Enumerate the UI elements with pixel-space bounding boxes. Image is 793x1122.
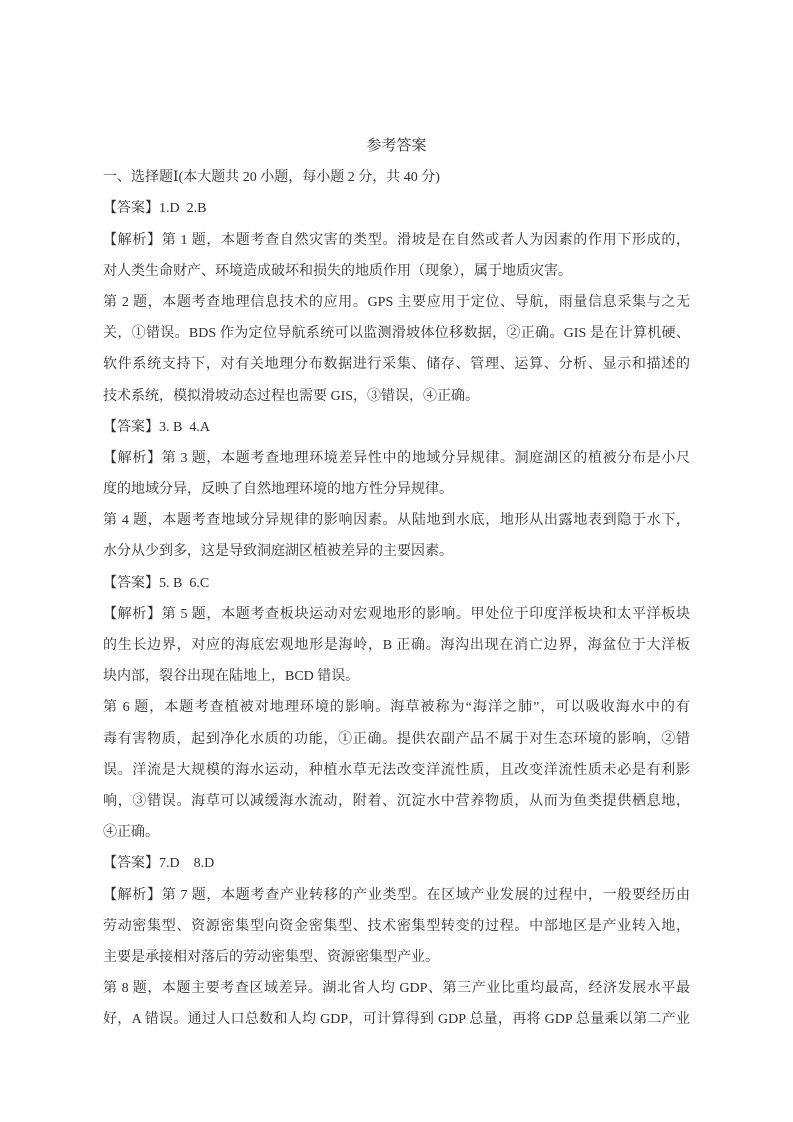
answer-line-q1-2: 【答案】1.D 2.B: [103, 193, 690, 224]
analysis-line: 水分从少到多，这是导致洞庭湖区植被差异的主要因素。: [103, 536, 690, 567]
analysis-line: 关，①错误。BDS 作为定位导航系统可以监测滑坡体位移数据，②正确。GIS 是在…: [103, 318, 690, 349]
document-title: 参考答案: [103, 131, 690, 162]
analysis-line: 的生长边界，对应的海底宏观地形是海岭，B 正确。海沟出现在消亡边界，海盆位于大洋…: [103, 630, 690, 661]
answer-line-q7-8: 【答案】7.D 8.D: [103, 848, 690, 879]
analysis-line: 第 4 题，本题考查地域分异规律的影响因素。从陆地到水底，地形从出露地表到隐于水…: [103, 505, 690, 536]
section-header: 一、选择题Ⅰ(本大题共 20 小题，每小题 2 分，共 40 分): [103, 162, 690, 193]
analysis-line: 响，③错误。海草可以减缓海水流动，附着、沉淀水中营养物质，从而为鱼类提供栖息地，: [103, 786, 690, 817]
analysis-line: 【解析】第 3 题，本题考查地理环境差异性中的地域分异规律。洞庭湖区的植被分布是…: [103, 443, 690, 474]
analysis-line: 【解析】第 7 题，本题考查产业转移的产业类型。在区域产业发展的过程中，一般要经…: [103, 880, 690, 911]
analysis-line: 技术系统，模拟滑坡动态过程也需要 GIS，③错误，④正确。: [103, 381, 690, 412]
analysis-line: 对人类生命财产、环境造成破坏和损失的地质作用（现象），属于地质灾害。: [103, 256, 690, 287]
answer-sheet-page: 参考答案 一、选择题Ⅰ(本大题共 20 小题，每小题 2 分，共 40 分) 【…: [103, 131, 690, 1035]
analysis-line: 软件系统支持下，对有关地理分布数据进行采集、储存、管理、运算、分析、显示和描述的: [103, 349, 690, 380]
analysis-line: 误。洋流是大规模的海水运动，种植水草无法改变洋流性质，且改变洋流性质未必是有利影: [103, 755, 690, 786]
analysis-line: ④正确。: [103, 817, 690, 848]
answer-line-q3-4: 【答案】3. B 4.A: [103, 412, 690, 443]
analysis-line: 主要是承接相对落后的劳动密集型、资源密集型产业。: [103, 942, 690, 973]
analysis-line: 第 8 题，本题主要考查区域差异。湖北省人均 GDP、第三产业比重均最高，经济发…: [103, 973, 690, 1004]
analysis-line: 第 2 题，本题考查地理信息技术的应用。GPS 主要应用于定位、导航，雨量信息采…: [103, 287, 690, 318]
analysis-line: 好，A 错误。通过人口总数和人均 GDP，可计算得到 GDP 总量，再将 GDP…: [103, 1004, 690, 1035]
analysis-line: 第 6 题，本题考查植被对地理环境的影响。海草被称为“海洋之肺”，可以吸收海水中…: [103, 692, 690, 723]
analysis-line: 度的地域分异，反映了自然地理环境的地方性分异规律。: [103, 474, 690, 505]
analysis-line: 块内部，裂谷出现在陆地上，BCD 错误。: [103, 661, 690, 692]
analysis-line: 【解析】第 5 题，本题考查板块运动对宏观地形的影响。甲处位于印度洋板块和太平洋…: [103, 599, 690, 630]
analysis-line: 毒有害物质，起到净化水质的功能，①正确。提供农副产品不属于对生态环境的影响，②错: [103, 724, 690, 755]
answer-line-q5-6: 【答案】5. B 6.C: [103, 568, 690, 599]
analysis-line: 【解析】第 1 题，本题考查自然灾害的类型。滑坡是在自然或者人为因素的作用下形成…: [103, 225, 690, 256]
analysis-line: 劳动密集型、资源密集型向资金密集型、技术密集型转变的过程。中部地区是产业转入地，: [103, 911, 690, 942]
